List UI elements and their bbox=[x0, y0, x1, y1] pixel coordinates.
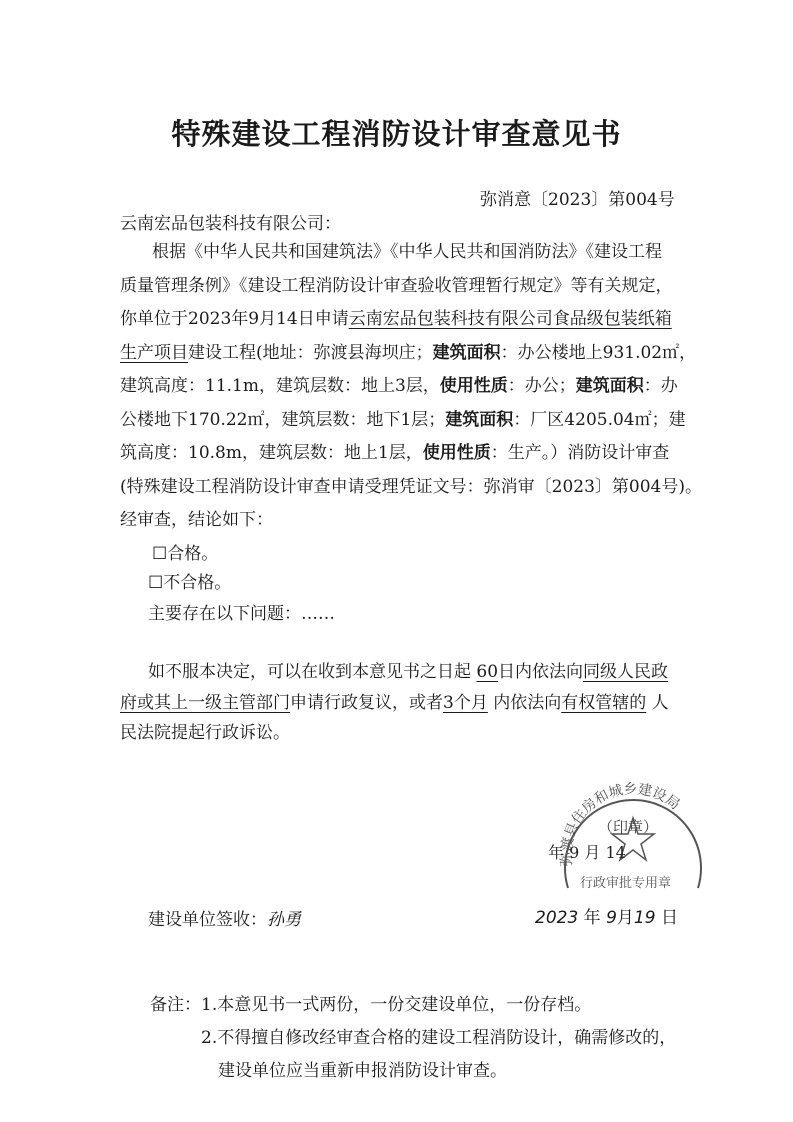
sign-month: 9 bbox=[606, 908, 617, 928]
text: 建筑高度：11.1m，建筑层数：地上3层， bbox=[120, 376, 440, 396]
option-pass: ☐合格。 bbox=[120, 538, 710, 572]
review-body: 根据《中华人民共和国建筑法》《中华人民共和国消防法》《建设工程 质量管理条例》《… bbox=[120, 236, 710, 571]
sign-year: 2023 bbox=[535, 908, 578, 928]
body-line-7: 筑高度：10.8m，建筑层数：地上1层，使用性质：生产。）消防设计审查 bbox=[120, 437, 710, 471]
text: 年 bbox=[578, 908, 606, 928]
signature-label: 建设单位签收： bbox=[148, 910, 267, 930]
document-number: 弥消意〔2023〕第004号 bbox=[480, 185, 675, 210]
text: 日 bbox=[656, 908, 678, 928]
seal-bottom-text: 行政审批专用章 bbox=[580, 872, 671, 891]
body-line-5: 建筑高度：11.1m，建筑层数：地上3层，使用性质：办公；建筑面积：办 bbox=[120, 370, 710, 404]
seal-date: 年 9 月 14 bbox=[548, 840, 626, 863]
appeal-line-2: 府或其上一级主管部门申请行政复议，或者3个月 内依法向有权管辖的 人 bbox=[120, 688, 669, 713]
text: 筑高度：10.8m，建筑层数：地上1层， bbox=[120, 443, 423, 463]
signature-handwriting: 孙勇 bbox=[267, 910, 301, 930]
label-area: 建筑面积 bbox=[576, 376, 644, 396]
label-area: 建筑面积 bbox=[445, 410, 513, 430]
appeal-months: 3个月 bbox=[443, 693, 488, 713]
text: ：办公； bbox=[508, 376, 576, 396]
body-line-4: 生产项目建设工程(地址：弥渡县海坝庄；建筑面积：办公楼地上931.02㎡， bbox=[120, 337, 710, 371]
sign-day: 19 bbox=[634, 908, 656, 928]
text: 内依法向 bbox=[488, 693, 561, 713]
option-fail: ☐不合格。 bbox=[148, 568, 231, 593]
text: 公楼地下170.22㎡，建筑层数：地下1层； bbox=[120, 410, 445, 430]
text: 月 bbox=[617, 908, 634, 928]
text: 人 bbox=[646, 693, 668, 713]
appeal-line-1: 如不服本决定，可以在收到本意见书之日起 60日内依法向同级人民政 bbox=[148, 657, 668, 682]
text: 建设工程(地址：弥渡县海坝庄； bbox=[188, 343, 433, 363]
note-1-text: 1.本意见书一式两份，一份交建设单位，一份存档。 bbox=[201, 995, 591, 1015]
notes-section: 备注：1.本意见书一式两份，一份交建设单位，一份存档。 2.不得擅自修改经审查合… bbox=[150, 989, 676, 1088]
note-1: 备注：1.本意见书一式两份，一份交建设单位，一份存档。 bbox=[150, 989, 676, 1022]
notes-label: 备注： bbox=[150, 995, 201, 1015]
body-line-6: 公楼地下170.22㎡，建筑层数：地下1层；建筑面积：厂区4205.04㎡；建 bbox=[120, 404, 710, 438]
text: ：生产。）消防设计审查 bbox=[491, 443, 670, 463]
body-line-8: (特殊建设工程消防设计审查申请受理凭证文号：弥消审〔2023〕第004号)。 bbox=[120, 471, 710, 505]
appeal-authority-cont: 府或其上一级主管部门 bbox=[120, 693, 290, 713]
appeal-line-3: 民法院提起行政诉讼。 bbox=[120, 718, 290, 743]
text: ：办公楼地上931.02㎡， bbox=[501, 343, 696, 363]
text: ：办 bbox=[644, 376, 678, 396]
body-line-3: 你单位于2023年9月14日申请云南宏品包装科技有限公司食品级包装纸箱 bbox=[120, 303, 710, 337]
body-line-1: 根据《中华人民共和国建筑法》《中华人民共和国消防法》《建设工程 bbox=[120, 236, 710, 270]
text: ：厂区4205.04㎡；建 bbox=[513, 410, 685, 430]
addressee: 云南宏品包装科技有限公司： bbox=[120, 209, 341, 234]
issues-label: 主要存在以下问题：…… bbox=[148, 599, 335, 624]
label-area: 建筑面积 bbox=[433, 343, 501, 363]
sign-date: 2023 年 9月19 日 bbox=[535, 903, 678, 928]
project-name: 云南宏品包装科技有限公司食品级包装纸箱 bbox=[349, 309, 672, 329]
appeal-court: 有权管辖的 bbox=[561, 693, 646, 713]
note-2-cont: 建设单位应当重新申报消防设计审查。 bbox=[150, 1055, 676, 1088]
note-2: 2.不得擅自修改经审查合格的建设工程消防设计，确需修改的， bbox=[150, 1022, 676, 1055]
body-line-9: 经审查，结论如下： bbox=[120, 504, 710, 538]
project-name-cont: 生产项目 bbox=[120, 343, 188, 363]
appeal-authority: 同级人民政 bbox=[583, 662, 668, 682]
label-usage: 使用性质 bbox=[423, 443, 491, 463]
label-usage: 使用性质 bbox=[440, 376, 508, 396]
text: 你单位于2023年9月14日申请 bbox=[120, 309, 349, 329]
document-title: 特殊建设工程消防设计审查意见书 bbox=[0, 112, 793, 153]
text: 申请行政复议，或者 bbox=[290, 693, 443, 713]
appeal-days: 60 bbox=[476, 662, 498, 682]
body-line-2: 质量管理条例》《建设工程消防设计审查验收管理暂行规定》等有关规定， bbox=[120, 270, 710, 304]
official-seal: 弥渡县住房和城乡建设局 （印章） 年 9 月 14 行政审批专用章 bbox=[558, 780, 708, 900]
seal-center-label: （印章） bbox=[598, 816, 658, 837]
text: 如不服本决定，可以在收到本意见书之日起 bbox=[148, 662, 476, 682]
signature-row: 建设单位签收：孙勇 bbox=[148, 905, 301, 930]
text: 日内依法向 bbox=[498, 662, 583, 682]
